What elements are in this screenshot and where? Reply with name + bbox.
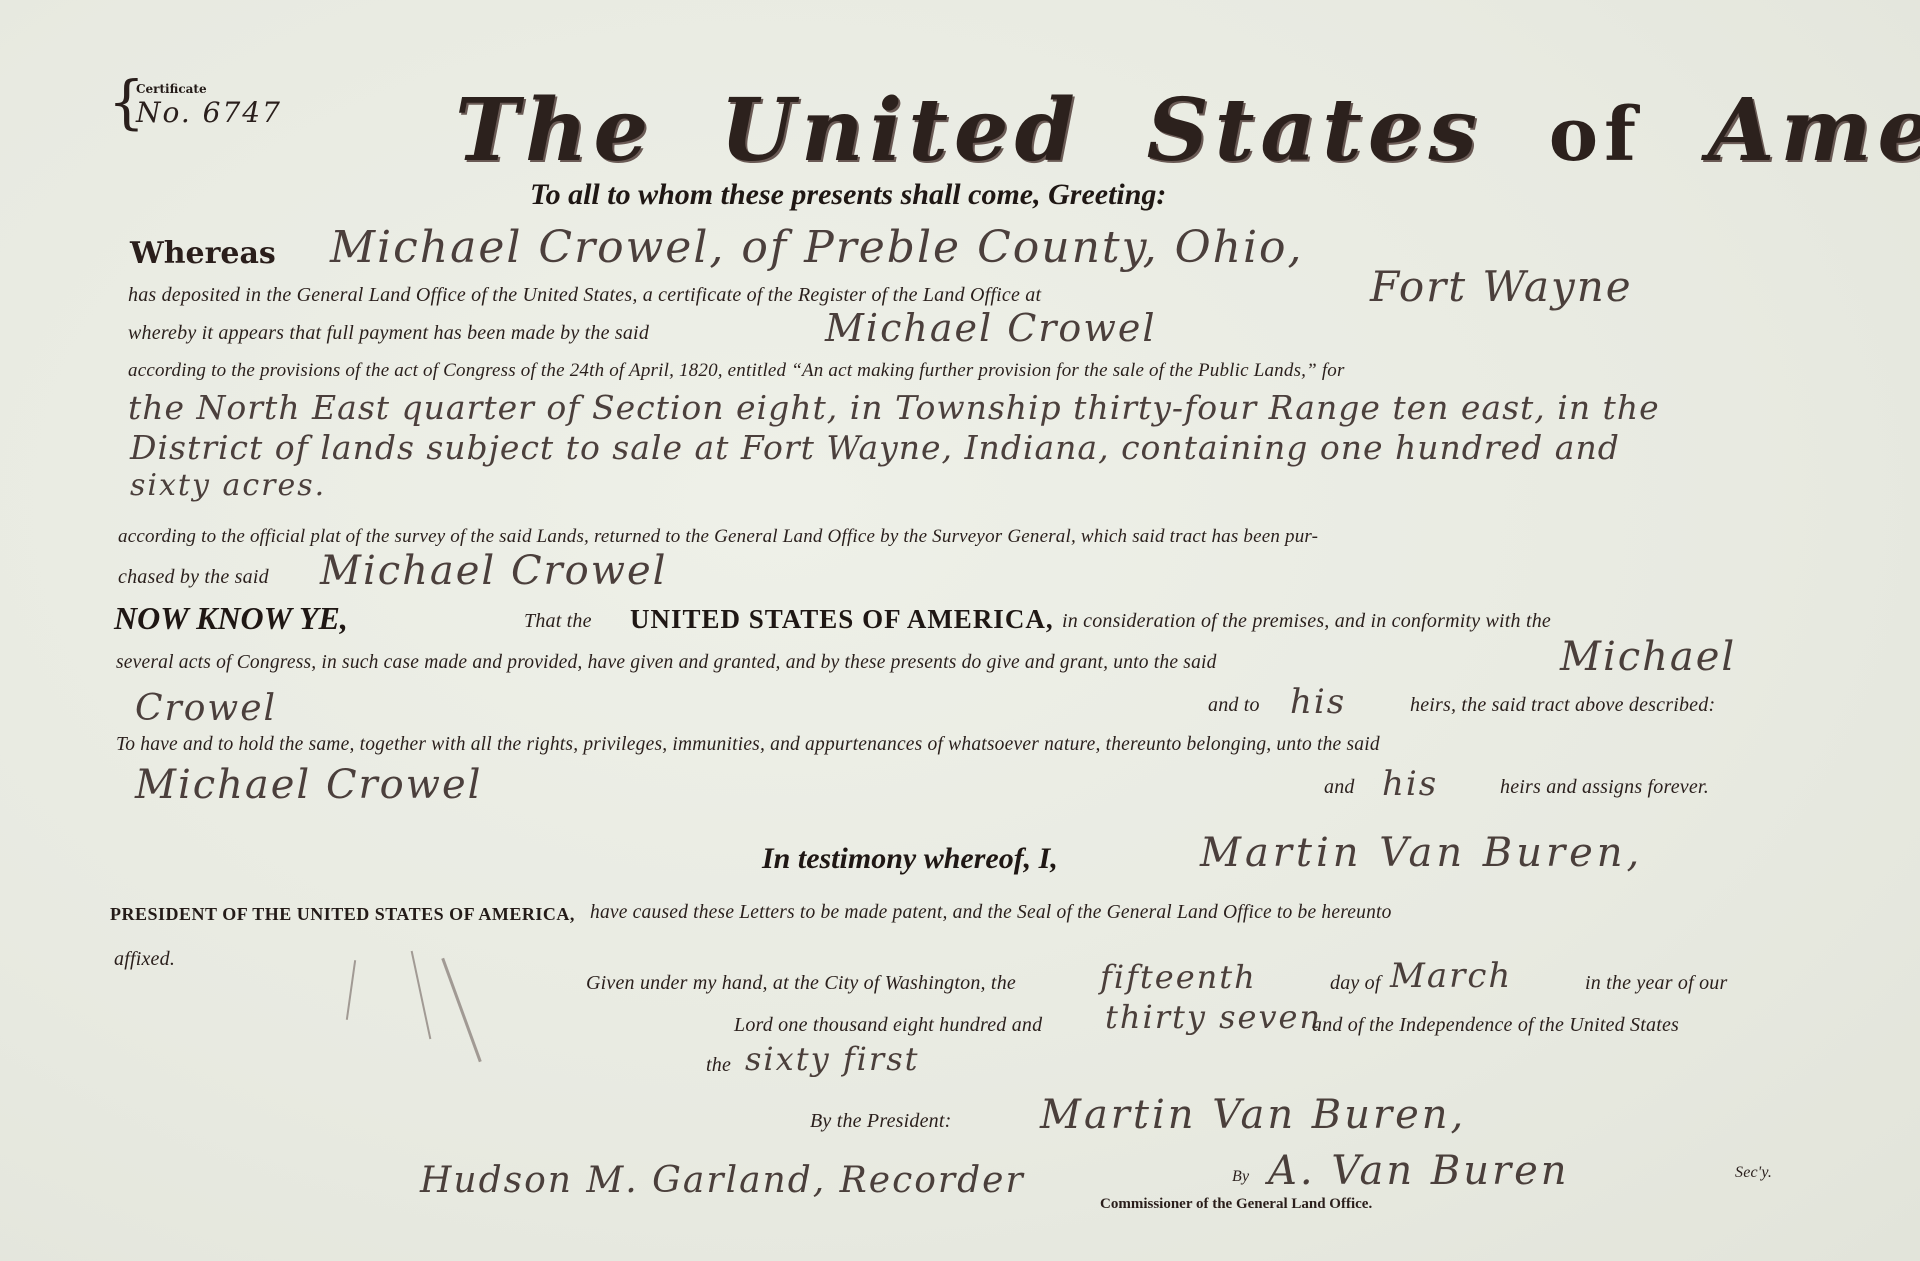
title-word: United xyxy=(720,80,1081,181)
whereby-line: whereby it appears that full payment has… xyxy=(128,322,649,345)
seal-impression-mark xyxy=(411,951,432,1039)
given-line-1b: day of xyxy=(1330,972,1381,995)
grantee-full-handwritten: Michael Crowel xyxy=(135,762,482,808)
grantee-handwritten: Michael Crowel, of Preble County, Ohio, xyxy=(330,222,1304,273)
heirs-assigns: heirs and assigns forever. xyxy=(1500,776,1709,799)
by-the-president: By the President: xyxy=(810,1110,952,1133)
seal-impression-mark xyxy=(346,960,356,1020)
deposited-line: has deposited in the General Land Office… xyxy=(128,284,1041,307)
title-word: States xyxy=(1147,80,1483,181)
title-word: America, xyxy=(1708,80,1920,181)
given-line-2b: and of the Independence of the United St… xyxy=(1312,1014,1679,1037)
caused-line: have caused these Letters to be made pat… xyxy=(590,902,1392,924)
now-know-ye-label: NOW KNOW YE, xyxy=(114,600,348,637)
chased-line: chased by the said xyxy=(118,566,269,589)
greeting: To all to whom these presents shall come… xyxy=(530,178,1166,212)
purchaser-handwritten: Michael Crowel xyxy=(320,548,667,594)
land-patent-document: { Certificate No. 6747 The United States… xyxy=(0,0,1920,1261)
month-handwritten: March xyxy=(1390,956,1512,996)
secretary-signature: A. Van Buren xyxy=(1268,1148,1570,1194)
given-line-1c: in the year of our xyxy=(1585,972,1727,995)
payer-handwritten: Michael Crowel xyxy=(825,306,1156,350)
his-handwritten-1: his xyxy=(1290,682,1346,722)
seal-impression-mark xyxy=(441,958,481,1062)
heirs-described: heirs, the said tract above described: xyxy=(1410,694,1715,717)
given-line-3a: the xyxy=(706,1054,731,1077)
tract-line-1: the North East quarter of Section eight,… xyxy=(128,388,1660,427)
day-handwritten: fifteenth xyxy=(1100,958,1257,996)
secretary-abbrev: Sec'y. xyxy=(1735,1164,1772,1182)
independence-year-handwritten: sixty first xyxy=(745,1040,919,1078)
document-title: The United States of America, xyxy=(455,80,1920,181)
usa-bold: UNITED STATES OF AMERICA, xyxy=(630,604,1054,635)
tract-line-3: sixty acres. xyxy=(130,468,326,503)
certificate-number: No. 6747 xyxy=(136,96,282,129)
title-word: The xyxy=(455,80,654,181)
president-handwritten: Martin Van Buren, xyxy=(1200,830,1643,876)
commissioner-label: Commissioner of the General Land Office. xyxy=(1100,1196,1372,1213)
according-line: according to the provisions of the act o… xyxy=(128,360,1345,382)
and-label: and xyxy=(1324,776,1355,799)
by-label: By xyxy=(1232,1168,1249,1186)
whereas-label: Whereas xyxy=(130,236,276,271)
grantee-last-handwritten: Crowel xyxy=(135,688,277,729)
president-caps: PRESIDENT OF THE UNITED STATES OF AMERIC… xyxy=(110,904,575,925)
president-signature: Martin Van Buren, xyxy=(1040,1092,1466,1138)
given-line-2a: Lord one thousand eight hundred and xyxy=(734,1014,1042,1037)
his-handwritten-2: his xyxy=(1382,764,1438,804)
affixed: affixed. xyxy=(114,948,175,971)
land-office-handwritten: Fort Wayne xyxy=(1370,262,1633,311)
to-have-line: To have and to hold the same, together w… xyxy=(116,734,1380,756)
that-the: That the xyxy=(524,610,592,633)
grantee-first-handwritten: Michael xyxy=(1560,634,1736,680)
testimony-label: In testimony whereof, I, xyxy=(762,842,1058,876)
tract-line-2: District of lands subject to sale at For… xyxy=(130,428,1620,467)
official-plat-line: according to the official plat of the su… xyxy=(118,526,1318,548)
given-line-1a: Given under my hand, at the City of Wash… xyxy=(586,972,1016,995)
year-handwritten: thirty seven xyxy=(1105,998,1322,1036)
recorder-signature: Hudson M. Garland, Recorder xyxy=(420,1160,1025,1201)
title-word: of xyxy=(1549,92,1642,178)
consideration-line: in consideration of the premises, and in… xyxy=(1062,610,1551,633)
several-acts-line: several acts of Congress, in such case m… xyxy=(116,652,1217,674)
certificate-label: Certificate xyxy=(136,82,207,96)
and-to: and to xyxy=(1208,694,1260,717)
